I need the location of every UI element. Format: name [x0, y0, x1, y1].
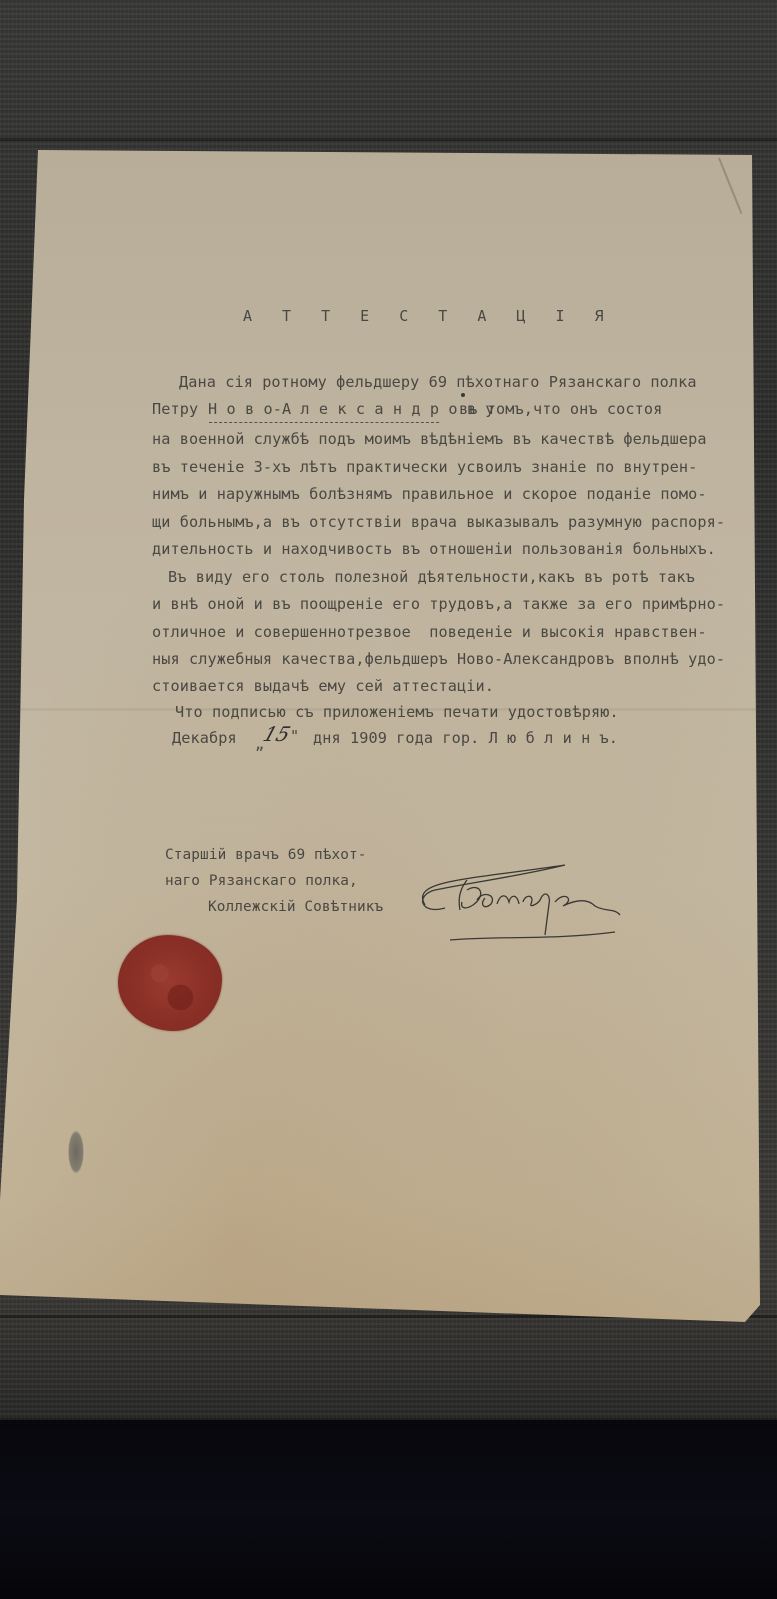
signatory-title-2: наго Рязанскаго полка,: [165, 873, 358, 889]
date-rest: дня 1909 года гор. Л ю б л и н ъ.: [313, 729, 618, 747]
body-line-10: отличное и совершеннотрезвое поведеніе и…: [152, 623, 707, 641]
plank-seam: [0, 138, 777, 141]
body-line-12: стоивается выдачѣ ему сей аттестаціи.: [152, 677, 494, 695]
document-title: А Т Т Е С Т А Ц І Я: [243, 307, 614, 325]
body-line-9: и внѣ оной и въ поощреніе его трудовъ,а …: [152, 595, 725, 613]
surname-underline: [209, 422, 439, 423]
body-line-6: щи больнымъ,а въ отсутствіи врача выказы…: [152, 513, 725, 531]
date-close-quote: ": [290, 727, 299, 745]
body-line-8: Въ виду его столь полезной дѣятельности,…: [168, 568, 695, 586]
body-line-4: въ теченіе 3-хъ лѣтъ практически усвоилъ…: [152, 458, 697, 476]
date-day-handwritten: 15: [260, 722, 293, 746]
dark-background: [0, 1420, 777, 1599]
stress-mark: [461, 393, 465, 397]
recipient-first-name: Петру: [152, 400, 198, 418]
body-line-3: на военной службѣ подъ моимъ вѣдѣніемъ в…: [152, 430, 707, 448]
signatory-title-1: Старшій врачъ 69 пѣхот-: [165, 847, 367, 863]
body-line-2-rest: въ томъ,что онъ состоя: [459, 400, 662, 418]
certification-line: Что подписью съ приложеніемъ печати удос…: [175, 703, 619, 721]
body-line-1: Дана сія ротному фельдшеру 69 пѣхотнаго …: [179, 373, 697, 391]
corner-crease: [718, 158, 742, 214]
body-line-7: дительность и находчивость въ отношеніи …: [152, 540, 716, 558]
wax-seal-icon: [118, 935, 222, 1031]
signatory-rank: Коллежскій Совѣтникъ: [208, 899, 383, 915]
recipient-surname: Н о в о-А л е к с а н д р о в у: [208, 400, 495, 418]
body-line-11: ныя служебныя качества,фельдшеръ Ново-Ал…: [152, 650, 725, 668]
paper-stain: [68, 1130, 84, 1174]
date-month: Декабря: [172, 729, 237, 747]
handwritten-signature-icon: [405, 860, 630, 955]
body-line-5: нимъ и наружнымъ болѣзнямъ правильное и …: [152, 485, 707, 503]
